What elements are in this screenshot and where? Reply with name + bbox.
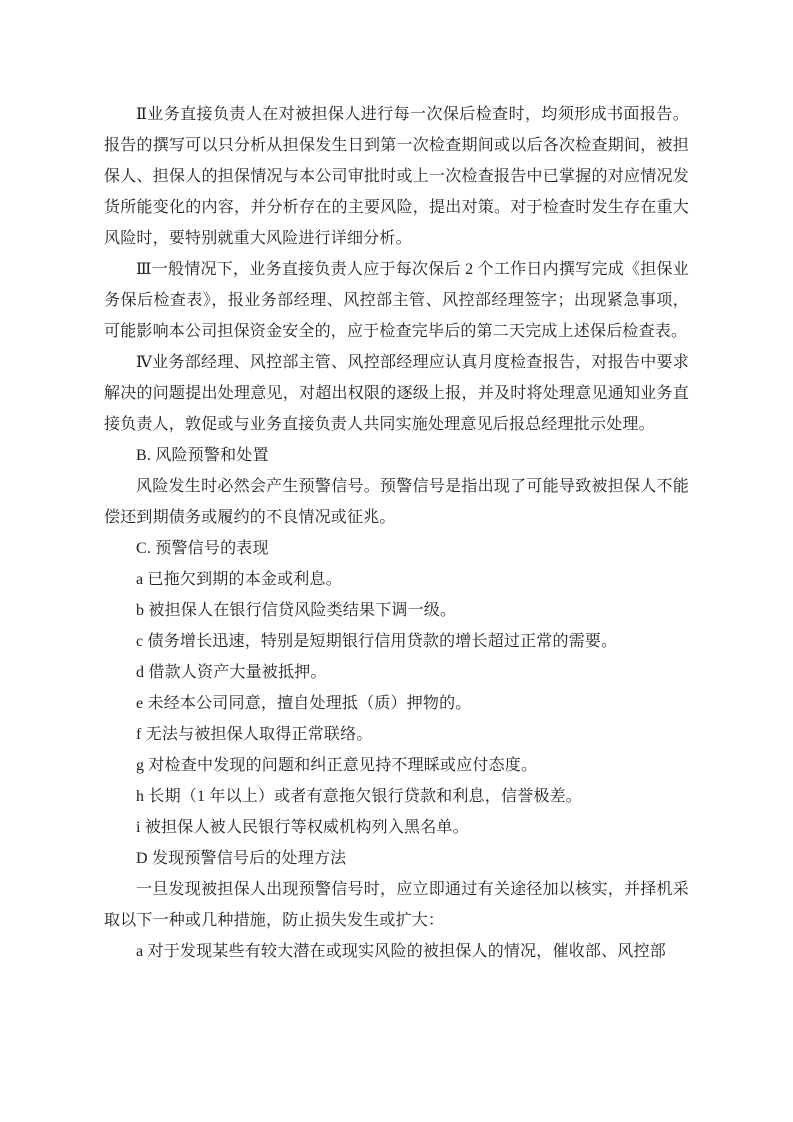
- section-heading-d: D 发现预警信号后的处理方法: [104, 843, 689, 874]
- list-item-h: h 长期（1 年以上）或者有意拖欠银行贷款和利息，信誉极差。: [104, 781, 689, 812]
- list-item-f: f 无法与被担保人取得正常联络。: [104, 719, 689, 750]
- paragraph-item-4: Ⅳ业务部经理、风控部主管、风控部经理应认真月度检查报告，对报告中要求解决的问题提…: [104, 347, 689, 440]
- list-item-b: b 被担保人在银行信贷风险类结果下调一级。: [104, 595, 689, 626]
- section-heading-c: C. 预警信号的表现: [104, 533, 689, 564]
- list-item-c: c 债务增长迅速，特别是短期银行信用贷款的增长超过正常的需要。: [104, 626, 689, 657]
- paragraph-handling-intro: 一旦发现被担保人出现预警信号时，应立即通过有关途径加以核实，并择机采取以下一种或…: [104, 874, 689, 936]
- paragraph-handling-item-a: a 对于发现某些有较大潜在或现实风险的被担保人的情况，催收部、风控部: [104, 936, 689, 967]
- paragraph-risk-signal-intro: 风险发生时必然会产生预警信号。预警信号是指出现了可能导致被担保人不能偿还到期债务…: [104, 471, 689, 533]
- list-item-e: e 未经本公司同意，擅自处理抵（质）押物的。: [104, 688, 689, 719]
- paragraph-item-3: Ⅲ一般情况下，业务直接负责人应于每次保后 2 个工作日内撰写完成《担保业务保后检…: [104, 254, 689, 347]
- list-item-g: g 对检查中发现的问题和纠正意见持不理睬或应付态度。: [104, 750, 689, 781]
- section-heading-b: B. 风险预警和处置: [104, 440, 689, 471]
- list-item-i: i 被担保人被人民银行等权威机构列入黑名单。: [104, 812, 689, 843]
- document-body: Ⅱ业务直接负责人在对被担保人进行每一次保后检查时，均须形成书面报告。报告的撰写可…: [104, 99, 689, 967]
- document-page: Ⅱ业务直接负责人在对被担保人进行每一次保后检查时，均须形成书面报告。报告的撰写可…: [0, 0, 793, 1122]
- list-item-a: a 已拖欠到期的本金或利息。: [104, 564, 689, 595]
- list-item-d: d 借款人资产大量被抵押。: [104, 657, 689, 688]
- paragraph-item-2: Ⅱ业务直接负责人在对被担保人进行每一次保后检查时，均须形成书面报告。报告的撰写可…: [104, 99, 689, 254]
